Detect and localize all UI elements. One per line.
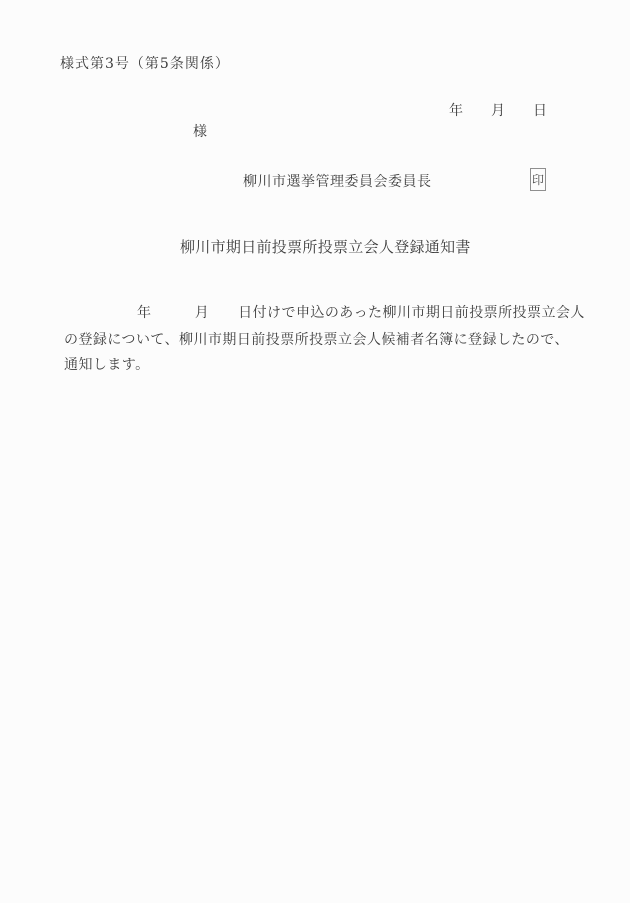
sender-title: 柳川市選挙管理委員会委員長 [243, 168, 432, 191]
date-line: 年 月 日 [449, 100, 547, 120]
document-page: 様式第3号（第5条関係） 年 月 日 様 柳川市選挙管理委員会委員長 印 柳川市… [0, 0, 630, 903]
form-number: 様式第3号（第5条関係） [60, 53, 230, 73]
body-line-1: 年 月 日付けで申込のあった柳川市期日前投票所投票立会人 [137, 302, 585, 322]
seal-box: 印 [530, 168, 546, 191]
sender-row: 柳川市選挙管理委員会委員長 印 [243, 168, 546, 191]
seal-label: 印 [532, 171, 544, 188]
body-line-2: の登録について、柳川市期日前投票所投票立会人候補者名簿に登録したので、 [64, 329, 569, 349]
addressee-suffix: 様 [193, 121, 207, 141]
document-title: 柳川市期日前投票所投票立会人登録通知書 [180, 236, 471, 257]
body-line-3: 通知します。 [64, 354, 150, 374]
